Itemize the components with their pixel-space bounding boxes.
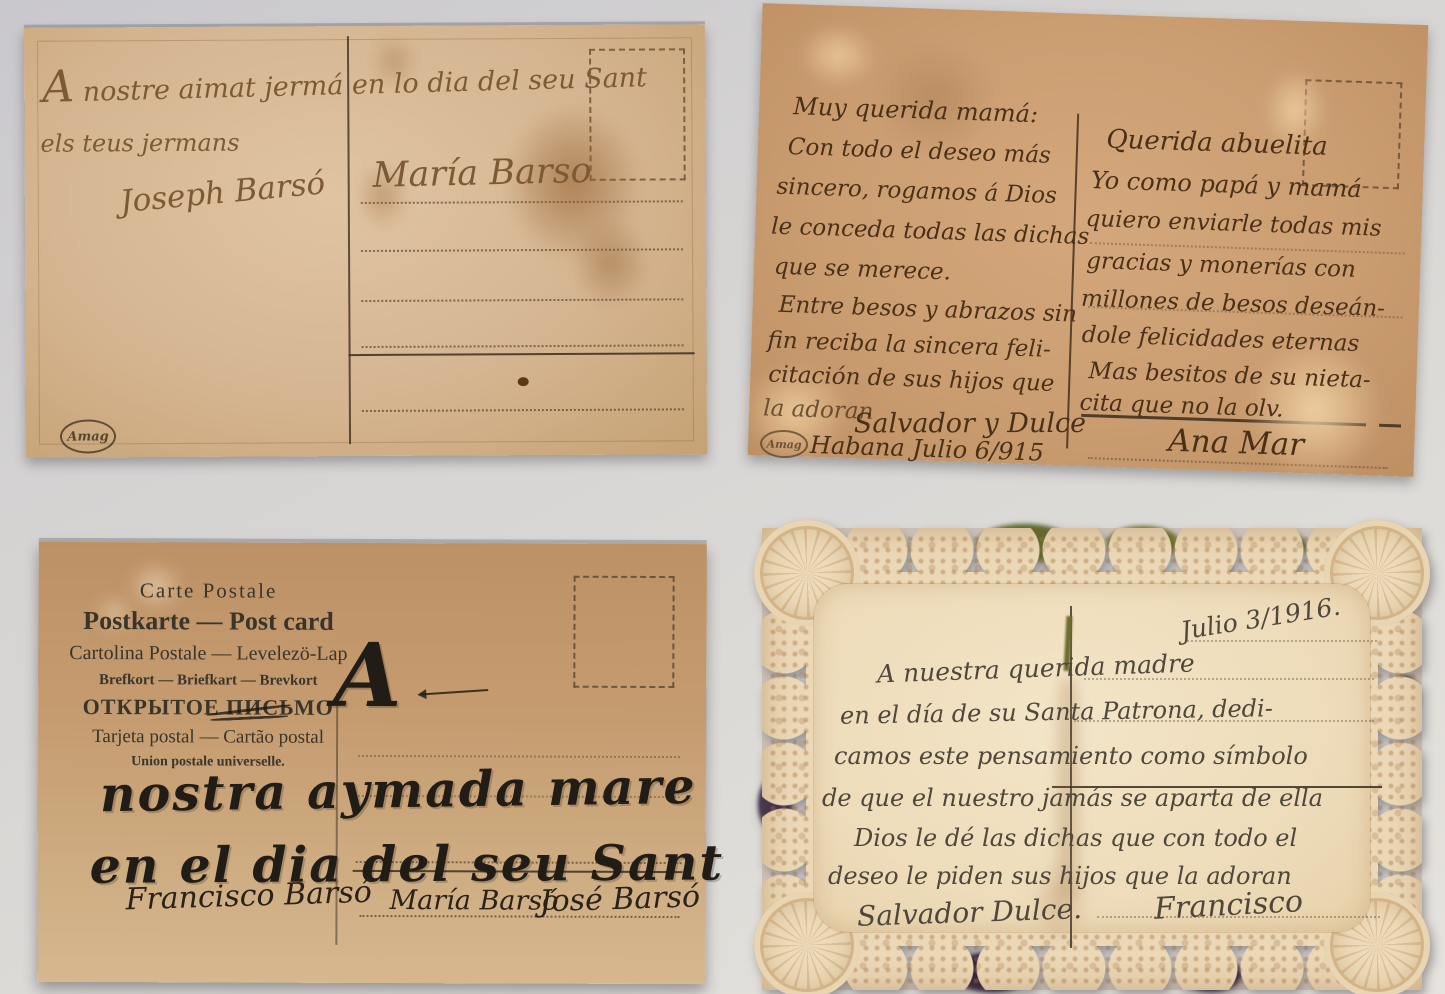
handwritten-initial: A	[333, 631, 404, 719]
dedication-line-large: nostra aymada mare	[100, 757, 697, 823]
message-line: fin reciba la sincera feli-	[767, 327, 1051, 362]
message-line: A nuestra querida madre	[877, 648, 1196, 688]
flourish-arrow	[420, 689, 488, 696]
message-line: de que el nuestro jamás se aparta de ell…	[822, 784, 1323, 812]
message-line: millones de besos deseán-	[1081, 286, 1386, 322]
message-line: quiero enviarle todas mis	[1085, 206, 1382, 242]
message-line: que se merece.	[774, 254, 952, 286]
message-line: Entre besos y abrazos sin	[778, 292, 1077, 328]
message-line: Dios le dé las dichas que con todo el	[854, 824, 1297, 852]
address-divider-line	[1066, 114, 1079, 449]
faded-stain	[798, 22, 878, 89]
printed-title-cyrillic: ОТКРЫТОЕ ПИСЬМО	[38, 694, 378, 721]
postcard-printed-multilingual: Carte Postale Postkarte — Post card Cart…	[37, 542, 707, 984]
lace-card-1916: Julio 3/1916. A nuestra querida madre en…	[762, 528, 1422, 990]
message-line: gracias y monerías con	[1086, 248, 1356, 283]
photo-backdrop: A nostre aimat jermá en lo dia del seu S…	[0, 0, 1445, 994]
message-line: le conceda todas las dichas	[771, 213, 1090, 250]
postcard-habana-1915: Muy querida mamá: Con todo el deseo más …	[748, 3, 1429, 477]
message-line: en el día de su Santa Patrona, dedi-	[840, 694, 1273, 730]
message-line: Con todo el deseo más	[787, 134, 1051, 169]
dateline: Julio 3/1916.	[1179, 592, 1343, 646]
ink-stain	[570, 215, 650, 310]
printed-title: Tarjeta postal — Cartão postal	[38, 726, 378, 749]
printed-title: Postkarte — Post card	[38, 606, 378, 637]
underline-rule-tick	[1379, 424, 1401, 428]
printed-title: Carte Postale	[39, 578, 379, 604]
message-line: camos este pensamiento como símbolo	[834, 742, 1308, 770]
dedication-subline: els teus jermans	[40, 129, 239, 158]
sender-signature: Francisco	[1153, 884, 1304, 927]
postcard-catalan-brother: A nostre aimat jermá en lo dia del seu S…	[24, 24, 707, 458]
stamp-box	[573, 576, 674, 688]
addressee-name: María Barso	[372, 151, 592, 196]
ink-spot	[518, 377, 529, 386]
sender-signature: María Barsó	[389, 885, 558, 917]
message-line: Muy querida mamá:	[793, 92, 1039, 128]
granddaughter-signature: Ana Mar	[1168, 423, 1305, 463]
publisher-logo: Amag	[60, 419, 116, 453]
message-line: Querida abuelita	[1106, 125, 1328, 162]
message-line: dole felicidades eternas	[1081, 322, 1359, 357]
message-line: sincero, rogamos á Dios	[776, 174, 1057, 209]
printed-title: Cartolina Postale — Levelezö-Lap	[38, 642, 378, 666]
printed-title: Brefkort — Briefkart — Brevkort	[38, 672, 378, 690]
sender-signature: José Barsó	[539, 879, 701, 919]
message-line: deseo le piden sus hijos que la adoran	[828, 862, 1292, 890]
